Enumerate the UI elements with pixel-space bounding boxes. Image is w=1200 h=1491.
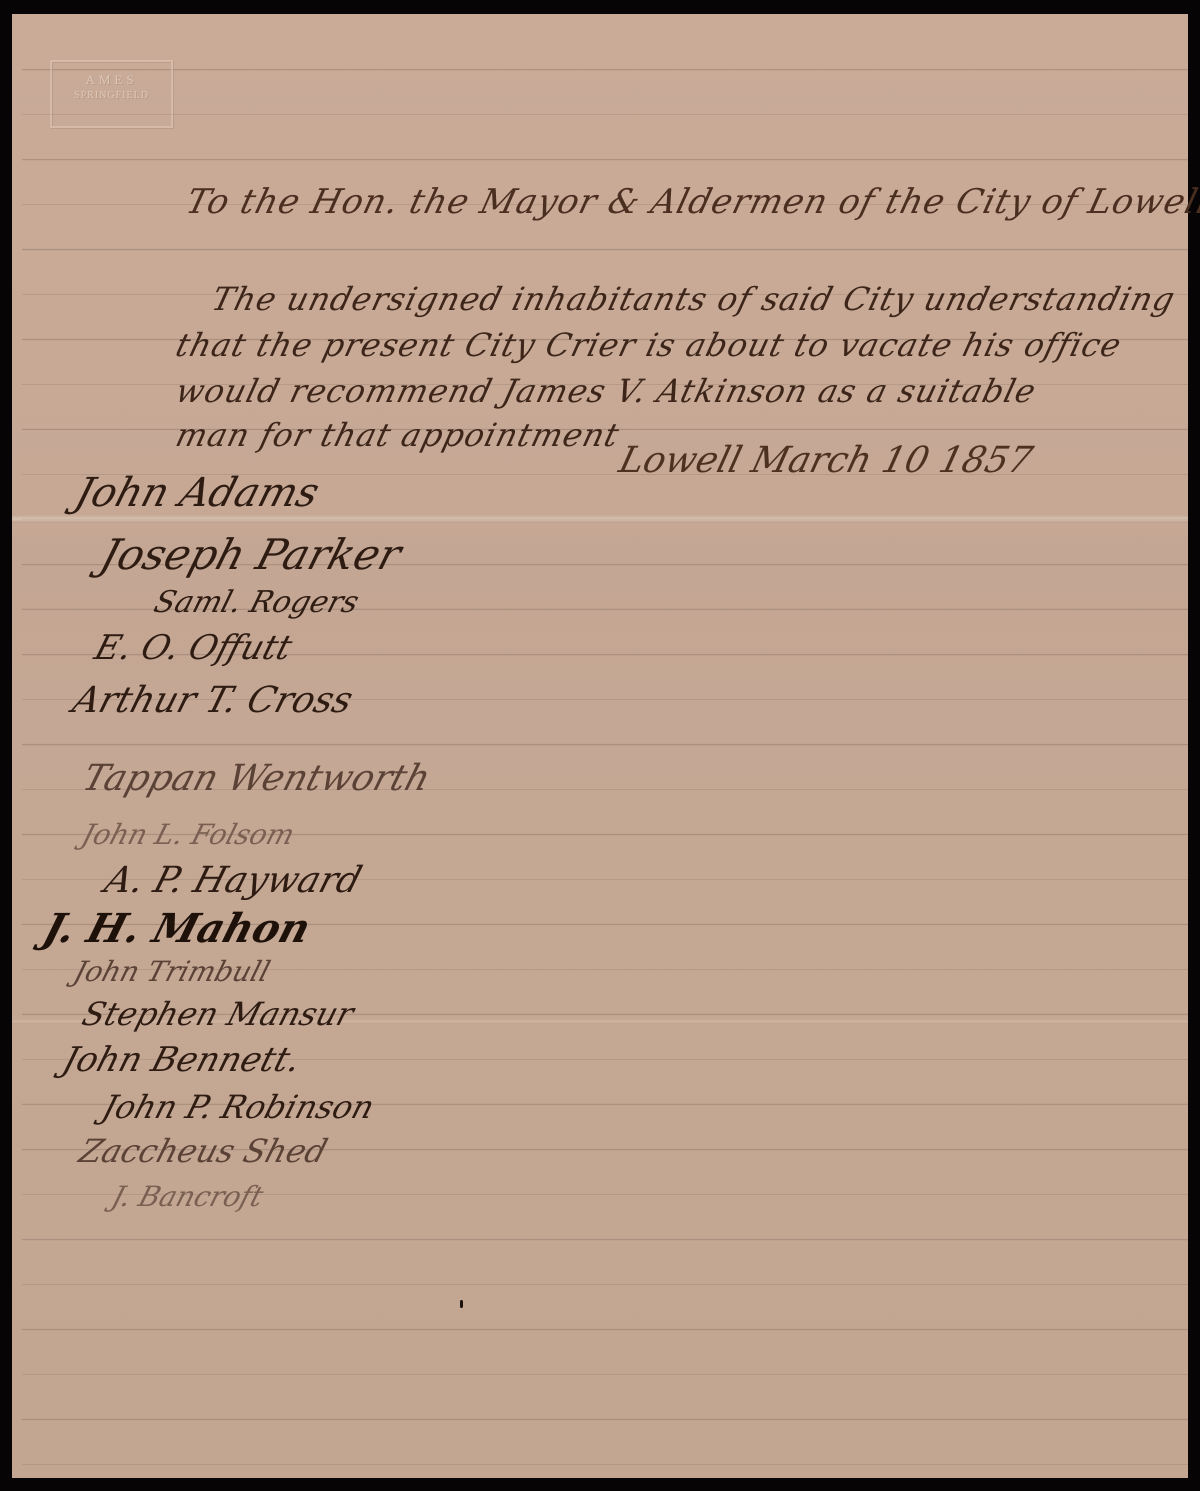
ink-spot [460, 1300, 463, 1308]
document-paper: AMES SPRINGFIELD [12, 14, 1188, 1478]
signature: Saml. Rogers [150, 585, 363, 620]
petition-body-line-1: The undersigned inhabitants of said City… [208, 280, 1179, 318]
petition-body-line-3: would recommend James V. Atkinson as a s… [172, 372, 1040, 410]
signature: Joseph Parker [95, 530, 407, 579]
petition-dateline: Lowell March 10 1857 [615, 440, 1037, 481]
signature: Zaccheus Shed [75, 1132, 332, 1170]
signature: A. P. Hayward [100, 860, 366, 901]
signature: J. Bancroft [108, 1180, 267, 1213]
signature: John P. Robinson [98, 1088, 379, 1126]
petition-body-line-2: that the present City Crier is about to … [172, 326, 1126, 364]
stamp-line-1: AMES [52, 72, 171, 88]
signature: J. H. Mahon [38, 905, 316, 952]
stamp-line-2: SPRINGFIELD [52, 90, 171, 101]
signature: John L. Folsom [78, 818, 298, 851]
signature: E. O. Offutt [90, 628, 297, 668]
signature: John Bennett. [58, 1040, 305, 1080]
signature: John Trimbull [70, 955, 274, 988]
embossed-stationer-stamp: AMES SPRINGFIELD [50, 60, 173, 128]
petition-body-line-4: man for that appointment [172, 416, 624, 454]
paper-fold-crease [12, 515, 1188, 523]
signature: Stephen Mansur [78, 995, 358, 1033]
petition-address: To the Hon. the Mayor & Aldermen of the … [182, 182, 1200, 222]
signature: John Adams [70, 470, 324, 516]
signature: Tappan Wentworth [78, 758, 435, 799]
ruled-lines [22, 14, 1188, 1478]
signature: Arthur T. Cross [68, 680, 357, 721]
